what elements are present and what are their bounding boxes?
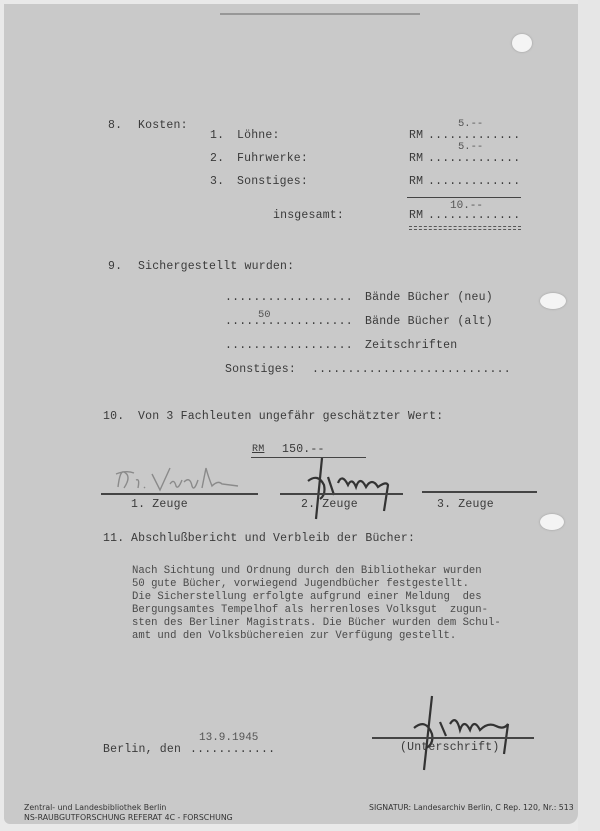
witness-3-label: 3. Zeuge — [437, 498, 494, 511]
row-label: Zeitschriften — [365, 339, 457, 352]
report-line: Nach Sichtung und Ordnung durch den Bibl… — [132, 565, 501, 578]
witness-1-line — [101, 493, 258, 495]
dots: .................. — [225, 315, 353, 328]
punch-hole — [540, 514, 564, 530]
punch-hole — [512, 34, 532, 52]
cost-value: 5.-- — [458, 118, 483, 130]
section-title: Kosten: — [138, 119, 188, 132]
item-label: Sonstiges: — [237, 175, 308, 188]
footer-left: Zentral- und Landesbibliothek Berlin NS-… — [24, 803, 233, 822]
witness-1-signature — [110, 462, 260, 497]
dots: ............. — [428, 175, 520, 188]
report-text: Nach Sichtung und Ordnung durch den Bibl… — [132, 552, 501, 656]
author-signature — [400, 694, 530, 772]
dots: .................. — [225, 339, 353, 352]
footer-department: NS-RAUBGUTFORSCHUNG REFERAT 4C - FORSCHU… — [24, 813, 233, 823]
report-line: Bergungsamtes Tempelhof als herrenloses … — [132, 604, 501, 617]
item-label: Fuhrwerke: — [237, 152, 308, 165]
item-number: 2. — [210, 152, 224, 165]
witness-2-line — [280, 493, 403, 495]
double-underline — [409, 226, 521, 230]
signature-label: (Unterschrift) — [400, 741, 499, 754]
currency: RM — [409, 129, 423, 142]
dots: ............................ — [312, 363, 511, 376]
dots: ............. — [428, 152, 520, 165]
section-number: 9. — [108, 260, 122, 273]
witness-3-line — [422, 491, 537, 493]
total-label: insgesamt: — [273, 209, 344, 222]
row-label: Bände Bücher (neu) — [365, 291, 493, 304]
report-line: sten des Berliner Magistrats. Die Bücher… — [132, 617, 501, 630]
scan-artifact — [220, 13, 420, 15]
section-number: 10. — [103, 410, 124, 423]
footer-institution: Zentral- und Landesbibliothek Berlin — [24, 803, 233, 813]
witness-2-label: 2. Zeuge — [301, 498, 358, 511]
books-old-value: 50 — [258, 309, 271, 321]
sum-rule — [407, 197, 521, 198]
cost-value: 5.-- — [458, 141, 483, 153]
witness-1-label: 1. Zeuge — [131, 498, 188, 511]
punch-hole — [540, 293, 566, 309]
total-value: 10.-- — [450, 200, 483, 212]
currency: RM — [409, 209, 423, 222]
currency: RM — [409, 175, 423, 188]
report-line: 50 gute Bücher, vorwiegend Jugendbücher … — [132, 578, 501, 591]
row-label: Bände Bücher (alt) — [365, 315, 493, 328]
currency: RM — [409, 152, 423, 165]
footer-signature: SIGNATUR: Landesarchiv Berlin, C Rep. 12… — [369, 803, 574, 813]
section-title: Abschlußbericht und Verbleib der Bücher: — [131, 532, 415, 545]
report-line: Die Sicherstellung erfolgte aufgrund ein… — [132, 591, 501, 604]
item-number: 3. — [210, 175, 224, 188]
section-number: 8. — [108, 119, 122, 132]
section-number: 11. — [103, 532, 124, 545]
report-line: amt und den Volksbüchereien zur Verfügun… — [132, 630, 501, 643]
currency: RM — [252, 444, 264, 455]
scan-margin — [578, 0, 600, 831]
section-title: Sichergestellt wurden: — [138, 260, 294, 273]
item-label: Löhne: — [237, 129, 280, 142]
section-title: Von 3 Fachleuten ungefähr geschätzter We… — [138, 410, 443, 423]
dots: .................. — [225, 291, 353, 304]
place-label: Berlin, den — [103, 743, 181, 756]
dots: ............ — [190, 743, 275, 756]
item-number: 1. — [210, 129, 224, 142]
other-label: Sonstiges: — [225, 363, 296, 376]
signature-line — [372, 737, 534, 739]
